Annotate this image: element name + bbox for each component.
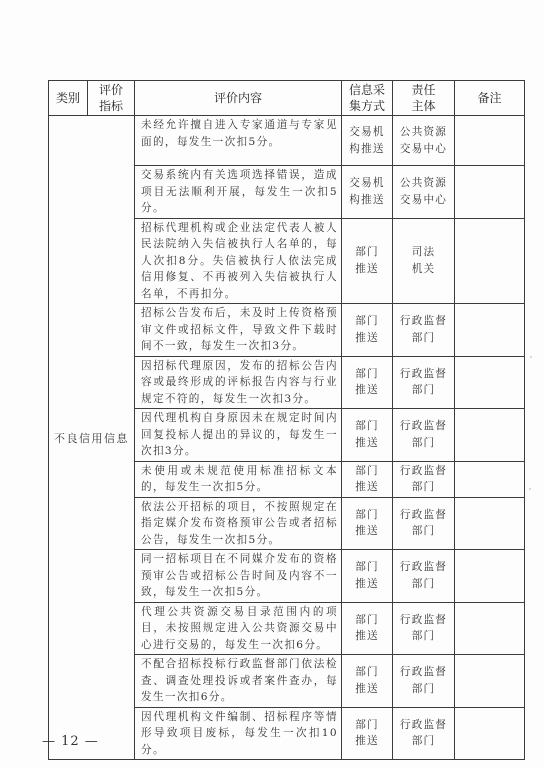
scan-artifact (529, 488, 531, 490)
page-number: — 12 — (42, 734, 99, 749)
method-cell: 部门 推送 (342, 356, 393, 409)
content-cell: 招标代理机构或企业法定代表人被人民法院纳入失信被执行人名单的，每人次扣8分。失信… (135, 218, 342, 304)
header-indicator: 评价 指标 (88, 81, 135, 116)
content-cell: 因招标代理原因，发布的招标公告内容或最终形成的评标报告内容与行业规定不符的，每发… (135, 356, 342, 409)
method-cell: 部门 推送 (342, 655, 393, 708)
method-cell: 部门 推送 (342, 461, 393, 497)
content-cell: 未使用或未规范使用标准招标文本的，每发生一次扣5分。 (135, 461, 342, 497)
method-cell: 交易机 构推送 (342, 116, 393, 166)
party-cell: 行政监督 部门 (393, 461, 455, 497)
content-cell: 代理公共资源交易目录范围内的项目，未按照规定进入公共资源交易中心进行交易的，每发… (135, 602, 342, 655)
method-cell: 部门 推送 (342, 304, 393, 357)
header-remarks: 备注 (455, 81, 525, 116)
remarks-cell (455, 218, 525, 304)
remarks-cell (455, 166, 525, 219)
remarks-cell (455, 707, 525, 760)
party-cell: 行政监督 部门 (393, 409, 455, 462)
remarks-cell (455, 461, 525, 497)
party-cell: 行政监督 部门 (393, 304, 455, 357)
party-cell: 行政监督 部门 (393, 655, 455, 708)
remarks-cell (455, 409, 525, 462)
method-cell: 部门 推送 (342, 409, 393, 462)
document-page: 类别 评价 指标 评价内容 信息采 集方式 责任 主体 备注 不良信用信息 未经… (0, 0, 544, 768)
content-cell: 招标公告发布后，未及时上传资格预审文件或招标文件，导致文件下载时间不一致，每发生… (135, 304, 342, 357)
content-cell: 同一招标项目在不同媒介发布的资格预审公告或招标公告时间及内容不一致，每发生一次扣… (135, 550, 342, 603)
content-cell: 未经允许擅自进入专家通道与专家见面的，每发生一次扣5分。 (135, 116, 342, 166)
method-cell: 交易机 构推送 (342, 166, 393, 219)
party-cell: 行政监督 部门 (393, 550, 455, 603)
remarks-cell (455, 550, 525, 603)
table-row: 不良信用信息 未经允许擅自进入专家通道与专家见面的，每发生一次扣5分。 交易机 … (49, 116, 525, 166)
header-responsible-party: 责任 主体 (393, 81, 455, 116)
remarks-cell (455, 655, 525, 708)
scan-artifact (530, 356, 532, 358)
remarks-cell (455, 304, 525, 357)
party-cell: 行政监督 部门 (393, 497, 455, 550)
method-cell: 部门 推送 (342, 707, 393, 760)
remarks-cell (455, 356, 525, 409)
content-cell: 因代理机构文件编制、招标程序等情形导致项目废标，每发生一次扣10分。 (135, 707, 342, 760)
content-cell: 不配合招标投标行政监督部门依法检查、调查处理投诉或者案件查办，每发生一次扣6分。 (135, 655, 342, 708)
remarks-cell (455, 116, 525, 166)
header-content: 评价内容 (135, 81, 342, 116)
table-header-row: 类别 评价 指标 评价内容 信息采 集方式 责任 主体 备注 (49, 81, 525, 116)
party-cell: 行政监督 部门 (393, 356, 455, 409)
party-cell: 行政监督 部门 (393, 707, 455, 760)
party-cell: 行政监督 部门 (393, 602, 455, 655)
method-cell: 部门 推送 (342, 550, 393, 603)
party-cell: 公共资源 交易中心 (393, 166, 455, 219)
content-cell: 依法公开招标的项目，不按照规定在指定媒介发布资格预审公告或者招标公告，每发生一次… (135, 497, 342, 550)
party-cell: 司法 机关 (393, 218, 455, 304)
header-collection-method: 信息采 集方式 (342, 81, 393, 116)
header-category: 类别 (49, 81, 88, 116)
remarks-cell (455, 602, 525, 655)
content-cell: 交易系统内有关选项选择错误，造成项目无法顺利开展，每发生一次扣5分。 (135, 166, 342, 219)
evaluation-table: 类别 评价 指标 评价内容 信息采 集方式 责任 主体 备注 不良信用信息 未经… (48, 80, 525, 760)
category-cell: 不良信用信息 (49, 116, 135, 760)
party-cell: 公共资源 交易中心 (393, 116, 455, 166)
remarks-cell (455, 497, 525, 550)
content-cell: 因代理机构自身原因未在规定时间内回复投标人提出的异议的，每发生一次扣3分。 (135, 409, 342, 462)
method-cell: 部门 推送 (342, 218, 393, 304)
method-cell: 部门 推送 (342, 602, 393, 655)
method-cell: 部门 推送 (342, 497, 393, 550)
